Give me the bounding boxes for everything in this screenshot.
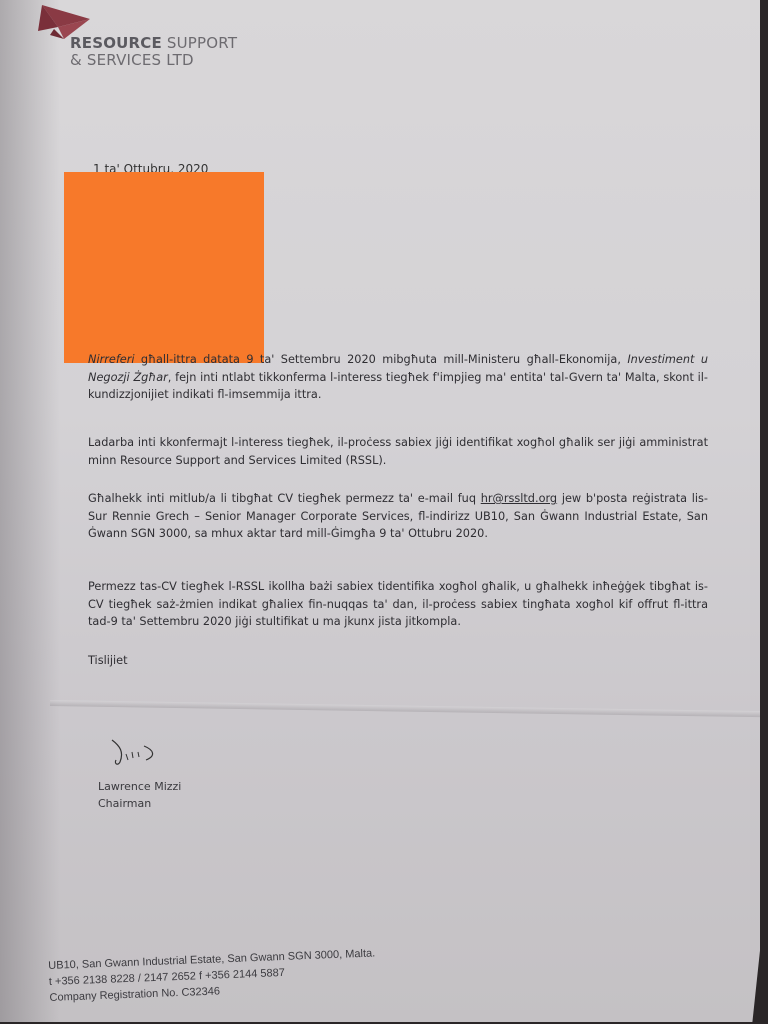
letter-page: RESOURCE SUPPORT & SERVICES LTD 1 ta' Ot… <box>0 0 760 1022</box>
paragraph-3: Għalhekk inti mitlub/a li tibgħat CV tie… <box>88 490 708 543</box>
signer-title: Chairman <box>98 795 181 812</box>
paragraph-2: Ladarba inti kkonfermajt l-interess tieg… <box>88 434 708 469</box>
signer-name: Lawrence Mizzi <box>98 778 181 795</box>
redacted-recipient-block <box>64 172 264 363</box>
letter-footer: UB10, San Gwann Industrial Estate, San G… <box>48 943 450 1006</box>
closing: Tislijiet <box>88 652 708 670</box>
paragraph-4: Permezz tas-CV tiegħek l-RSSL ikollha ba… <box>88 578 708 631</box>
paragraph-1: Nirreferi għall-ittra datata 9 ta' Sette… <box>88 351 708 404</box>
handwritten-signature-icon <box>108 738 168 768</box>
company-name: RESOURCE SUPPORT & SERVICES LTD <box>70 35 237 69</box>
email-link[interactable]: hr@rssltd.org <box>481 492 557 505</box>
paper-fold <box>50 700 768 717</box>
signer-block: Lawrence Mizzi Chairman <box>98 778 181 812</box>
